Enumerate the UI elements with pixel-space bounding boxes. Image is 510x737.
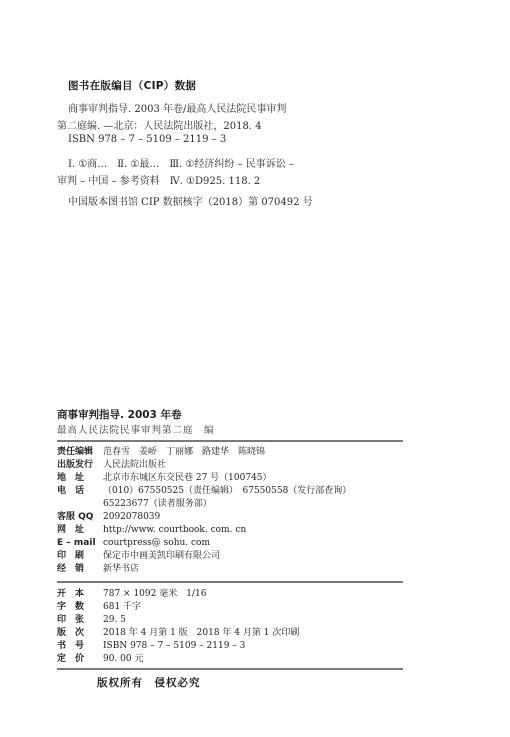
info-label: 责任编辑 bbox=[57, 446, 103, 459]
spec-label: 版 次 bbox=[57, 627, 103, 640]
divider-top bbox=[57, 440, 403, 442]
info-row-distributor: 经 销新华书店 bbox=[57, 563, 139, 576]
info-value: 北京市东城区东交民巷 27 号（100745） bbox=[103, 472, 272, 485]
info-label: 出版发行 bbox=[57, 459, 103, 472]
info-label: 电 话 bbox=[57, 485, 103, 498]
info-row-editor: 责任编辑范春雪 姜峤 丁丽娜 路建华 陈晓锦 bbox=[57, 446, 265, 459]
cip-line-classification-2: 审判 – 中国 – 参考资料 Ⅳ. ①D925. 118. 2 bbox=[57, 172, 260, 187]
book-editor: 最高人民法院民事审判第二庭 编 bbox=[57, 422, 215, 436]
spec-label: 开 本 bbox=[57, 588, 103, 601]
info-value: （010）67550525（责任编辑） 67550558（发行部查询） bbox=[103, 485, 351, 498]
cip-line-1: 商事审判指导. 2003 年卷/最高人民法院民事审判 bbox=[68, 100, 286, 115]
spec-value: ISBN 978 – 7 – 5109 – 2119 – 3 bbox=[103, 640, 245, 653]
info-row-qq: 客服 QQ2092078039 bbox=[57, 511, 160, 524]
cip-line-record-number: 中国版本图书馆 CIP 数据核字（2018）第 070492 号 bbox=[68, 193, 313, 208]
spec-value: 90. 00 元 bbox=[103, 653, 144, 666]
spec-row-format: 开 本787 × 1092 毫米 1/16 bbox=[57, 588, 206, 601]
spec-value: 787 × 1092 毫米 1/16 bbox=[103, 588, 206, 601]
spec-label: 印 张 bbox=[57, 614, 103, 627]
website-link[interactable]: http://www. courtbook. com. cn bbox=[103, 524, 246, 537]
info-label: E – mail bbox=[57, 537, 103, 550]
divider-bottom bbox=[57, 668, 403, 670]
info-label: 经 销 bbox=[57, 563, 103, 576]
info-value: 65223677（读者服务部） bbox=[103, 498, 212, 511]
spec-value: 29. 5 bbox=[103, 614, 126, 627]
copyright-notice: 版权所有 侵权必究 bbox=[97, 675, 201, 690]
spec-row-isbn: 书 号ISBN 978 – 7 – 5109 – 2119 – 3 bbox=[57, 640, 245, 653]
info-label: 地 址 bbox=[57, 472, 103, 485]
info-row-phone: 电 话（010）67550525（责任编辑） 67550558（发行部查询） bbox=[57, 485, 351, 498]
spec-row-price: 定 价90. 00 元 bbox=[57, 653, 144, 666]
info-label: 印 刷 bbox=[57, 550, 103, 563]
spec-row-word-count: 字 数681 千字 bbox=[57, 601, 141, 614]
info-row-address: 地 址北京市东城区东交民巷 27 号（100745） bbox=[57, 472, 272, 485]
spec-label: 字 数 bbox=[57, 601, 103, 614]
info-value: 新华书店 bbox=[103, 563, 139, 576]
info-row-email: E – mailcourtpress@ sohu. com bbox=[57, 537, 210, 550]
info-value: 保定市中画美凯印刷有限公司 bbox=[103, 550, 220, 563]
info-label: 客服 QQ bbox=[57, 511, 103, 524]
info-value: 人民法院出版社 bbox=[103, 459, 166, 472]
info-label: 网 址 bbox=[57, 524, 103, 537]
info-row-publisher: 出版发行人民法院出版社 bbox=[57, 459, 166, 472]
spec-value: 681 千字 bbox=[103, 601, 141, 614]
cip-heading: 图书在版编目（CIP）数据 bbox=[68, 78, 196, 93]
divider-middle bbox=[57, 581, 403, 583]
info-value: 范春雪 姜峤 丁丽娜 路建华 陈晓锦 bbox=[103, 446, 265, 459]
spec-value: 2018 年 4 月第 1 版 2018 年 4 月第 1 次印刷 bbox=[103, 627, 299, 640]
info-row-phone-reader-service: 65223677（读者服务部） bbox=[57, 498, 212, 511]
spec-row-sheets: 印 张29. 5 bbox=[57, 614, 126, 627]
email-link[interactable]: courtpress@ sohu. com bbox=[103, 537, 210, 550]
spec-row-edition: 版 次2018 年 4 月第 1 版 2018 年 4 月第 1 次印刷 bbox=[57, 627, 299, 640]
book-title: 商事审判指导. 2003 年卷 bbox=[57, 407, 182, 422]
spec-label: 定 价 bbox=[57, 653, 103, 666]
spec-label: 书 号 bbox=[57, 640, 103, 653]
cip-line-isbn: ISBN 978 – 7 – 5109 – 2119 – 3 bbox=[68, 134, 226, 145]
cip-line-2: 第二庭编. —北京：人民法院出版社，2018. 4 bbox=[57, 117, 262, 132]
cip-line-classification-1: Ⅰ. ①商… Ⅱ. ①最… Ⅲ. ①经济纠纷 – 民事诉讼 – bbox=[68, 155, 294, 170]
info-value: 2092078039 bbox=[103, 511, 160, 524]
info-row-printer: 印 刷保定市中画美凯印刷有限公司 bbox=[57, 550, 220, 563]
info-row-website: 网 址http://www. courtbook. com. cn bbox=[57, 524, 246, 537]
